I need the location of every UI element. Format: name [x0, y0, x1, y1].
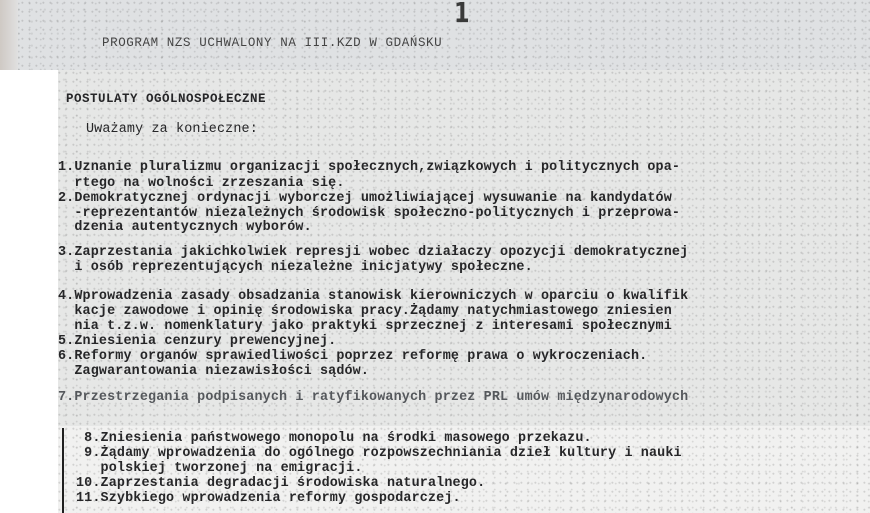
postulate-line: kacje zawodowe i opinię środowiska pracy… [58, 304, 672, 319]
intro-text: Uważamy za konieczne: [86, 122, 258, 137]
postulate-line: 9.Żądamy wprowadzenia do ogólnego rozpow… [76, 446, 682, 461]
postulate-line: i osób reprezentujących niezależne inicj… [58, 260, 533, 275]
postulate-line: 4.Wprowadzenia zasady obsadzania stanowi… [58, 289, 688, 304]
document-header-strip: 1 PROGRAM NZS UCHWALONY NA III.KZD W GDA… [0, 0, 870, 70]
document-body-strip: POSTULATY OGÓLNOSPOŁECZNE Uważamy za kon… [58, 70, 870, 426]
postulate-line: 2.Demokratycznej ordynacji wyborczej umo… [58, 191, 672, 206]
document-header: PROGRAM NZS UCHWALONY NA III.KZD W GDAŃS… [102, 36, 442, 50]
postulate-line: 8.Zniesienia państwowego monopolu na śro… [76, 431, 592, 446]
postulate-line: -reprezentantów niezależnych środowisk s… [58, 206, 680, 221]
postulate-line: nia t.z.w. nomenklatury jako praktyki sp… [58, 319, 672, 334]
postulate-line: 6.Reformy organów sprawiedliwości poprze… [58, 349, 647, 364]
postulate-line: 7.Przestrzegania podpisanych i ratyfikow… [58, 390, 688, 405]
postulate-line: 10.Zaprzestania degradacji środowiska na… [76, 476, 485, 491]
document-continuation-strip: 8.Zniesienia państwowego monopolu na śro… [58, 426, 870, 513]
postulate-line: Zagwarantowania niezawisłości sądów. [58, 364, 369, 379]
section-title: POSTULATY OGÓLNOSPOŁECZNE [66, 92, 266, 107]
postulate-line: rtego na wolności zrzeszania się. [58, 176, 345, 191]
postulate-line: 1.Uznanie pluralizmu organizacji społecz… [58, 160, 680, 175]
postulate-line: 11.Szybkiego wprowadzenia reformy gospod… [76, 491, 461, 506]
postulate-line: dzenia autentycznych wyborów. [58, 220, 312, 235]
postulate-line: 3.Zaprzestania jakichkolwiek represji wo… [58, 245, 688, 260]
page-number: 1 [454, 0, 470, 29]
postulate-line: 5.Zniesienia cenzury prewencyjnej. [58, 334, 336, 349]
postulate-line: polskiej tworzonej na emigracji. [76, 461, 363, 476]
